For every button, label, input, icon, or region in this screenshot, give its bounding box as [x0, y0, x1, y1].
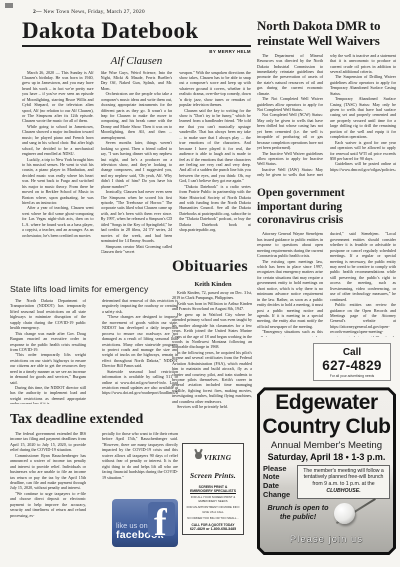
viking-fine-print-2: FOR AN APPOINTMENT OR MORE INFO GIVE US …	[185, 505, 241, 513]
edgewater-note-word-4: Change	[263, 491, 297, 500]
load-limits-column-2: determined that removal of this restrict…	[102, 298, 178, 404]
edgewater-brunch-box: The member's meeting will follow a tenta…	[297, 465, 390, 500]
newspaper-page: 2— New Town News, Friday, March 27, 2020…	[0, 0, 400, 567]
open-gov-column-2: ducted," said Stenehjem. "Local governme…	[330, 231, 396, 337]
load-limits-title: State lifts load limits for emergency	[10, 284, 178, 294]
viking-screen-prints-ad: VIKING Screen Prints. SCREEN PRINT & EMB…	[182, 443, 244, 535]
edgewater-country-club-ad: Edgewater Country Club Annual Member's M…	[257, 387, 396, 555]
headline-rule	[22, 45, 251, 47]
viking-subline-2: EMBROIDERY SPECIALISTS	[185, 489, 241, 493]
tax-title: Tax deadline extended	[10, 412, 178, 428]
edgewater-meeting-line: Annual Member's Meeting	[260, 440, 393, 451]
viking-mascot-icon	[195, 452, 202, 459]
page-header: 2— New Town News, Friday, March 27, 2020	[33, 9, 145, 15]
edgewater-note: Please Note Date Change	[263, 465, 297, 500]
open-gov-column-1: Attorney General Wayne Stenehjem has iss…	[257, 231, 323, 337]
datebook-column-2: like Wise Guys, Weird Science, Into the …	[101, 70, 173, 267]
tax-column-1: The federal government extended the IRS …	[10, 431, 86, 563]
obituary-name: Keith Kinden	[172, 281, 254, 288]
obituaries-title: Obituaries	[172, 258, 254, 276]
call-advertising-ad: Call 627-4829 For all your advertising n…	[313, 343, 391, 381]
load-limits-columns: The North Dakota Department of Transport…	[10, 298, 178, 404]
datebook-byline: BY MERRY HELM	[22, 49, 251, 54]
scan-artifact	[5, 3, 13, 8]
right-column-section: North Dakota DMR to reinstate Well Waive…	[257, 18, 396, 555]
viking-fine-print-3: NO ORDER TOO BIG OR TOO SMALL...	[185, 516, 241, 520]
viking-phone-numbers: 627-4829 or 1-800-658-3485	[185, 527, 241, 531]
load-limits-column-1: The North Dakota Department of Transport…	[10, 298, 86, 404]
open-gov-title: Open government important during coronav…	[257, 187, 396, 229]
page-number: 2—	[33, 9, 42, 15]
edgewater-title-1: Edgewater	[260, 393, 393, 414]
dmr-column-2: why the well is inactive and a statement…	[330, 53, 396, 179]
article-dakota-datebook: Dakota Datebook BY MERRY HELM Alf Clause…	[22, 18, 251, 267]
datebook-column-3: weapon." With the unspoken directions th…	[179, 70, 251, 267]
facebook-f-letter: f	[154, 506, 175, 536]
issue-line: New Town News, Friday, March 27, 2020	[42, 9, 145, 15]
datebook-subtitle: Alf Clausen	[22, 55, 251, 67]
call-ad-phone: 627-4829	[316, 358, 388, 373]
dmr-column-1: The Department of Mineral Resources was …	[257, 53, 323, 179]
facebook-ad: like us on facebook f	[112, 499, 178, 547]
viking-fine-print-1: FOR ALL YOUR SCREEN PRINT & EMBROIDERY N…	[185, 495, 241, 503]
edgewater-ad-inner: Edgewater Country Club Annual Member's M…	[260, 390, 393, 552]
edgewater-title-2: Country Club	[260, 417, 393, 438]
dmr-columns: The Department of Mineral Resources was …	[257, 53, 396, 179]
call-ad-tagline: For all your advertising needs	[316, 374, 388, 378]
edgewater-brunch-box-text: The member's meeting will follow a tenta…	[303, 468, 384, 488]
golf-ball-icon	[334, 503, 355, 524]
edgewater-date-line: Saturday, April 18 • 1-3 p.m.	[260, 452, 393, 462]
call-ad-word: Call	[316, 347, 388, 358]
datebook-title: Dakota Datebook	[22, 18, 251, 44]
edgewater-join-line: Please join us	[260, 534, 393, 545]
datebook-column-1: March 26, 2020 — This Sunday is Alf Clau…	[22, 70, 94, 267]
open-gov-columns: Attorney General Wayne Stenehjem has iss…	[257, 231, 396, 337]
datebook-columns: March 26, 2020 — This Sunday is Alf Clau…	[22, 70, 251, 267]
obituary-body: Keith Kinden, 72, passed away on Dec. 31…	[172, 290, 252, 436]
edgewater-brunch-note: Brunch is open to the public!	[267, 503, 329, 521]
article-obituaries: Obituaries Keith Kinden Keith Kinden, 72…	[172, 258, 254, 535]
edgewater-clubhouse-word: CLUBHOUSE.	[326, 488, 360, 494]
dmr-title: North Dakota DMR to reinstate Well Waive…	[257, 18, 396, 49]
facebook-f-icon: f	[148, 502, 175, 536]
